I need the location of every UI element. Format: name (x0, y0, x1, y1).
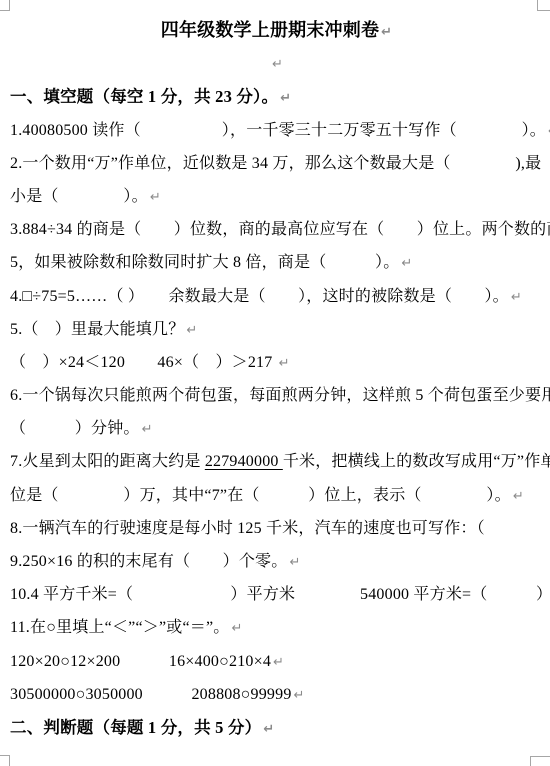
question-6-text-1: 6.一个锅每次只能煎两个荷包蛋，每面煎两分钟，这样煎 5 个荷包蛋至少要用 (10, 387, 550, 404)
text-boundary-mark-top-left (0, 0, 10, 11)
paragraph-mark-icon: ↵ (289, 555, 300, 570)
question-2-line-2: 小是（ ）。↵ (10, 180, 543, 213)
question-10: 10.4 平方千米=（ ）平方米 540000 平方米=（ ）公顷↵ (10, 578, 543, 611)
question-5-line-1: 5.（ ）里最大能填几？↵ (10, 313, 543, 346)
paragraph-mark-icon: ↵ (381, 25, 392, 40)
question-3-text-1: 3.884÷34 的商是（ ）位数，商的最高位应写在（ ）位上。两个数的商是 (10, 221, 550, 238)
question-2-line-1: 2.一个数用“万”作单位，近似数是 34 万，那么这个数最大是（ ),最 (10, 147, 543, 180)
question-11-comparisons-1: 120×20○12×200 16×400○210×4 (10, 653, 271, 670)
paragraph-mark-icon: ↵ (294, 688, 305, 703)
paragraph-mark-icon: ↵ (272, 57, 283, 72)
question-1: 1.40080500 读作（ ），一千零三十二万零五十写作（ ）。↵ (10, 114, 543, 147)
question-7-text-post: 千米，把横线上的数改写成用“万”作单 (283, 453, 550, 470)
question-2-text-1: 2.一个数用“万”作单位，近似数是 34 万，那么这个数最大是（ ),最 (10, 155, 541, 172)
question-7-line-2: 位是（ ）万，其中“7”在（ ）位上，表示（ ）。↵ (10, 479, 543, 512)
paragraph-mark-icon: ↵ (186, 323, 197, 338)
question-11-line-1: 11.在○里填上“＜”“＞”或“＝”。↵ (10, 611, 543, 644)
question-6-text-2: （ ）分钟。 (10, 420, 140, 437)
question-11-comparisons-2: 30500000○3050000 208808○99999 (10, 686, 292, 703)
paragraph-mark-icon: ↵ (273, 655, 284, 670)
question-7-underlined-number: 227940000 (205, 453, 283, 470)
question-1-text: 1.40080500 读作（ ），一千零三十二万零五十写作（ ）。 (10, 122, 546, 139)
question-5-line-2: （ ）×24＜120 46×（ ）＞217 ↵ (10, 346, 543, 379)
paragraph-mark-icon: ↵ (513, 489, 524, 504)
paragraph-mark-icon: ↵ (280, 91, 291, 106)
question-8-text: 8.一辆汽车的行驶速度是每小时 125 千米，汽车的速度也可写作：（ ）。 (10, 520, 550, 537)
question-7-text-pre: 7.火星到太阳的距离大约是 (10, 453, 205, 470)
section-2-heading-text: 二、判断题（每题 1 分，共 5 分） (10, 718, 261, 737)
section-1-heading: 一、填空题（每空 1 分，共 23 分）。↵ (10, 80, 543, 113)
exam-title: 四年级数学上册期末冲刺卷↵ (10, 14, 543, 47)
question-7-line-1: 7.火星到太阳的距离大约是 227940000 千米，把横线上的数改写成用“万”… (10, 445, 543, 478)
question-6-line-2: （ ）分钟。↵ (10, 412, 543, 445)
question-2-text-2: 小是（ ）。 (10, 188, 148, 205)
question-11-comparison-row-2: 30500000○3050000 208808○99999↵ (10, 678, 543, 711)
question-3-line-2: 5，如果被除数和除数同时扩大 8 倍，商是（ ）。↵ (10, 246, 543, 279)
question-3-text-2: 5，如果被除数和除数同时扩大 8 倍，商是（ ）。 (10, 254, 399, 271)
question-9: 9.250×16 的积的末尾有（ ）个零。↵ (10, 545, 543, 578)
paragraph-mark-icon: ↵ (231, 621, 242, 636)
text-boundary-mark-top-right (537, 0, 550, 11)
question-11-comparison-row-1: 120×20○12×200 16×400○210×4↵ (10, 645, 543, 678)
paragraph-mark-icon: ↵ (511, 290, 522, 305)
question-6-line-1: 6.一个锅每次只能煎两个荷包蛋，每面煎两分钟，这样煎 5 个荷包蛋至少要用 (10, 379, 543, 412)
text-boundary-mark-bottom-right (530, 756, 550, 766)
text-boundary-mark-bottom-left (0, 755, 10, 766)
question-3-line-1: 3.884÷34 的商是（ ）位数，商的最高位应写在（ ）位上。两个数的商是 (10, 213, 543, 246)
question-4-text: 4.□÷75=5……（ ） 余数最大是（ ），这时的被除数是（ ）。 (10, 288, 509, 305)
question-5-text-2: （ ）×24＜120 46×（ ）＞217 (10, 354, 277, 371)
question-11-text: 11.在○里填上“＜”“＞”或“＝”。 (10, 619, 229, 636)
question-4: 4.□÷75=5……（ ） 余数最大是（ ），这时的被除数是（ ）。↵ (10, 280, 543, 313)
paragraph-mark-icon: ↵ (279, 356, 290, 371)
exam-title-text: 四年级数学上册期末冲刺卷 (161, 20, 379, 40)
paragraph-mark-icon: ↵ (263, 722, 274, 737)
empty-paragraph: ↵ (10, 47, 543, 80)
question-9-text: 9.250×16 的积的末尾有（ ）个零。 (10, 553, 287, 570)
question-5-text-1: 5.（ ）里最大能填几？ (10, 321, 184, 338)
paragraph-mark-icon: ↵ (150, 190, 161, 205)
question-10-text: 10.4 平方千米=（ ）平方米 540000 平方米=（ ）公顷 (10, 586, 550, 603)
document-body: 四年级数学上册期末冲刺卷↵ ↵ 一、填空题（每空 1 分，共 23 分）。↵ 1… (10, 14, 543, 744)
paragraph-mark-icon: ↵ (401, 256, 412, 271)
section-1-heading-text: 一、填空题（每空 1 分，共 23 分）。 (10, 87, 278, 106)
question-8: 8.一辆汽车的行驶速度是每小时 125 千米，汽车的速度也可写作：（ ）。↵ (10, 512, 543, 545)
question-7-text-2: 位是（ ）万，其中“7”在（ ）位上，表示（ ）。 (10, 487, 511, 504)
section-2-heading: 二、判断题（每题 1 分，共 5 分）↵ (10, 711, 543, 744)
paragraph-mark-icon: ↵ (142, 422, 153, 437)
document-page: 四年级数学上册期末冲刺卷↵ ↵ 一、填空题（每空 1 分，共 23 分）。↵ 1… (0, 0, 550, 766)
